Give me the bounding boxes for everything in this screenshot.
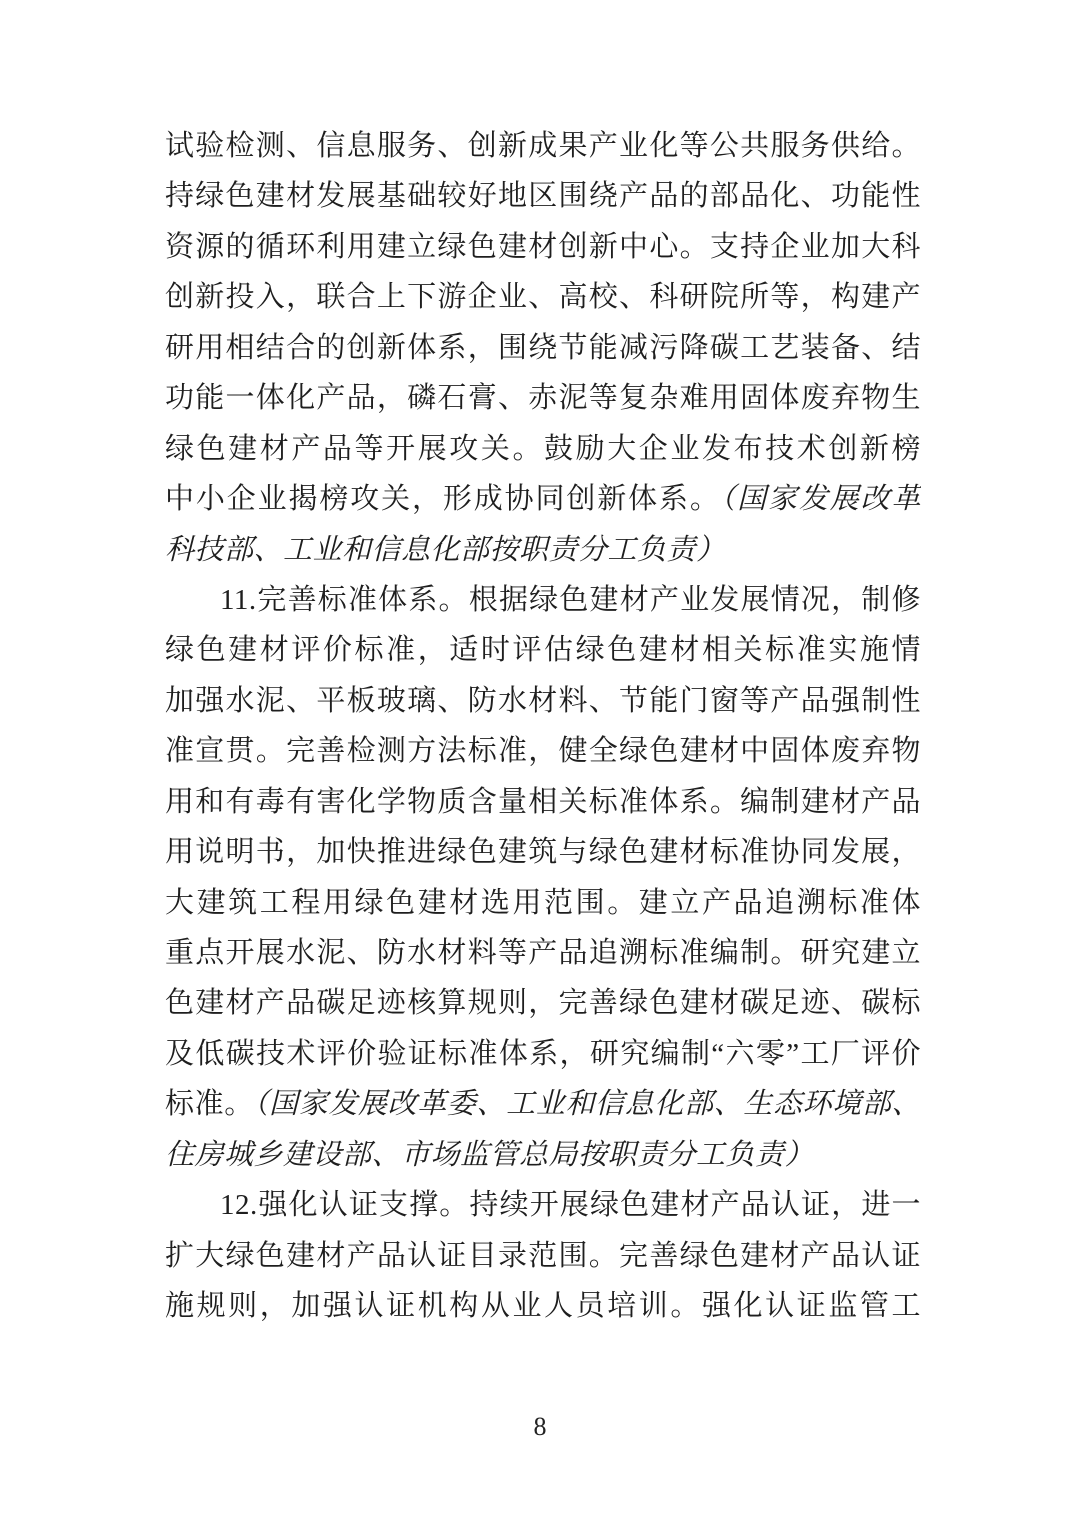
text-line: 绿色建材评价标准，适时评估绿色建材相关标准实施情况， bbox=[165, 625, 921, 675]
text-line: 功能一体化产品，磷石膏、赤泥等复杂难用固体废弃物生产 bbox=[165, 373, 921, 423]
line-text: 用和有毒有害化学物质含量相关标准体系。编制建材产品使 bbox=[165, 786, 921, 827]
line-text: 中小企业揭榜攻关，形成协同创新体系。 bbox=[165, 483, 721, 515]
line-text: 绿色建材产品等开展攻关。鼓励大企业发布技术创新榜单， bbox=[165, 433, 921, 474]
page-number: 8 bbox=[0, 1408, 1080, 1446]
line-text: 扩大绿色建材产品认证目录范围。完善绿色建材产品认证实 bbox=[165, 1240, 921, 1281]
line-text: 用说明书，加快推进绿色建筑与绿色建材标准协同发展，扩 bbox=[165, 836, 921, 877]
text-line-paragraph-start: 11.完善标准体系。根据绿色建材产业发展情况，制修订 bbox=[165, 575, 921, 625]
text-line: 持绿色建材发展基础较好地区围绕产品的部品化、功能性和 bbox=[165, 171, 921, 221]
document-page: 试验检测、信息服务、创新成果产业化等公共服务供给。支 持绿色建材发展基础较好地区… bbox=[0, 0, 1080, 1527]
text-line: 资源的循环利用建立绿色建材创新中心。支持企业加大科技 bbox=[165, 222, 921, 272]
line-text: 持绿色建材发展基础较好地区围绕产品的部品化、功能性和 bbox=[165, 180, 921, 221]
line-text: 功能一体化产品，磷石膏、赤泥等复杂难用固体废弃物生产 bbox=[165, 382, 921, 423]
text-line: 用和有毒有害化学物质含量相关标准体系。编制建材产品使 bbox=[165, 777, 921, 827]
text-line: 绿色建材产品等开展攻关。鼓励大企业发布技术创新榜单， bbox=[165, 424, 921, 474]
text-line: 加强水泥、平板玻璃、防水材料、节能门窗等产品强制性标 bbox=[165, 676, 921, 726]
text-line: 重点开展水泥、防水材料等产品追溯标准编制。研究建立绿 bbox=[165, 928, 921, 978]
line-text: 创新投入，联合上下游企业、高校、科研院所等，构建产学 bbox=[165, 281, 921, 322]
line-text-kai: 科技部、工业和信息化部按职责分工负责） bbox=[165, 534, 726, 566]
line-text: 重点开展水泥、防水材料等产品追溯标准编制。研究建立绿 bbox=[165, 937, 921, 978]
line-text: 及低碳技术评价验证标准体系，研究编制“六零”工厂评价 bbox=[165, 1038, 921, 1070]
line-text: 绿色建材评价标准，适时评估绿色建材相关标准实施情况， bbox=[165, 634, 921, 675]
text-line: 大建筑工程用绿色建材选用范围。建立产品追溯标准体系， bbox=[165, 878, 921, 928]
line-text: 准宣贯。完善检测方法标准，健全绿色建材中固体废弃物使 bbox=[165, 735, 921, 776]
line-text: 加强水泥、平板玻璃、防水材料、节能门窗等产品强制性标 bbox=[165, 685, 921, 726]
text-line: 住房城乡建设部、市场监管总局按职责分工负责） bbox=[165, 1130, 921, 1180]
text-line: 施规则，加强认证机构从业人员培训。强化认证监管工作， bbox=[165, 1281, 921, 1331]
text-line: 科技部、工业和信息化部按职责分工负责） bbox=[165, 525, 921, 575]
line-text: 大建筑工程用绿色建材选用范围。建立产品追溯标准体系， bbox=[165, 887, 921, 928]
text-line: 试验检测、信息服务、创新成果产业化等公共服务供给。支 bbox=[165, 121, 921, 171]
text-line: 准宣贯。完善检测方法标准，健全绿色建材中固体废弃物使 bbox=[165, 726, 921, 776]
line-text: 资源的循环利用建立绿色建材创新中心。支持企业加大科技 bbox=[165, 231, 921, 272]
text-line: 研用相结合的创新体系，围绕节能减污降碳工艺装备、结构 bbox=[165, 323, 921, 373]
line-text: 施规则，加强认证机构从业人员培训。强化认证监管工作， bbox=[165, 1290, 921, 1331]
text-line: 标准。（国家发展改革委、工业和信息化部、生态环境部、 bbox=[165, 1079, 921, 1129]
line-text-kai: （国家发展改革委、工业和信息化部、生态环境部、 bbox=[254, 1088, 921, 1120]
text-line: 用说明书，加快推进绿色建筑与绿色建材标准协同发展，扩 bbox=[165, 827, 921, 877]
line-text: 试验检测、信息服务、创新成果产业化等公共服务供给。支 bbox=[165, 130, 921, 171]
text-line: 扩大绿色建材产品认证目录范围。完善绿色建材产品认证实 bbox=[165, 1231, 921, 1281]
text-line: 色建材产品碳足迹核算规则，完善绿色建材碳足迹、碳标签 bbox=[165, 978, 921, 1028]
line-text-kai: 住房城乡建设部、市场监管总局按职责分工负责） bbox=[165, 1139, 814, 1171]
line-text: 色建材产品碳足迹核算规则，完善绿色建材碳足迹、碳标签 bbox=[165, 987, 921, 1028]
text-line: 创新投入，联合上下游企业、高校、科研院所等，构建产学 bbox=[165, 272, 921, 322]
line-text: 标准。 bbox=[165, 1088, 254, 1120]
line-text: 12.强化认证支撑。持续开展绿色建材产品认证，进一步 bbox=[165, 1189, 921, 1230]
text-block: 试验检测、信息服务、创新成果产业化等公共服务供给。支 持绿色建材发展基础较好地区… bbox=[165, 121, 921, 1332]
line-text: 研用相结合的创新体系，围绕节能减污降碳工艺装备、结构 bbox=[165, 332, 921, 373]
text-line-paragraph-start: 12.强化认证支撑。持续开展绿色建材产品认证，进一步 bbox=[165, 1180, 921, 1230]
text-line: 及低碳技术评价验证标准体系，研究编制“六零”工厂评价 bbox=[165, 1029, 921, 1079]
text-line: 中小企业揭榜攻关，形成协同创新体系。（国家发展改革委、 bbox=[165, 474, 921, 524]
line-text: 11.完善标准体系。根据绿色建材产业发展情况，制修订 bbox=[165, 584, 921, 625]
